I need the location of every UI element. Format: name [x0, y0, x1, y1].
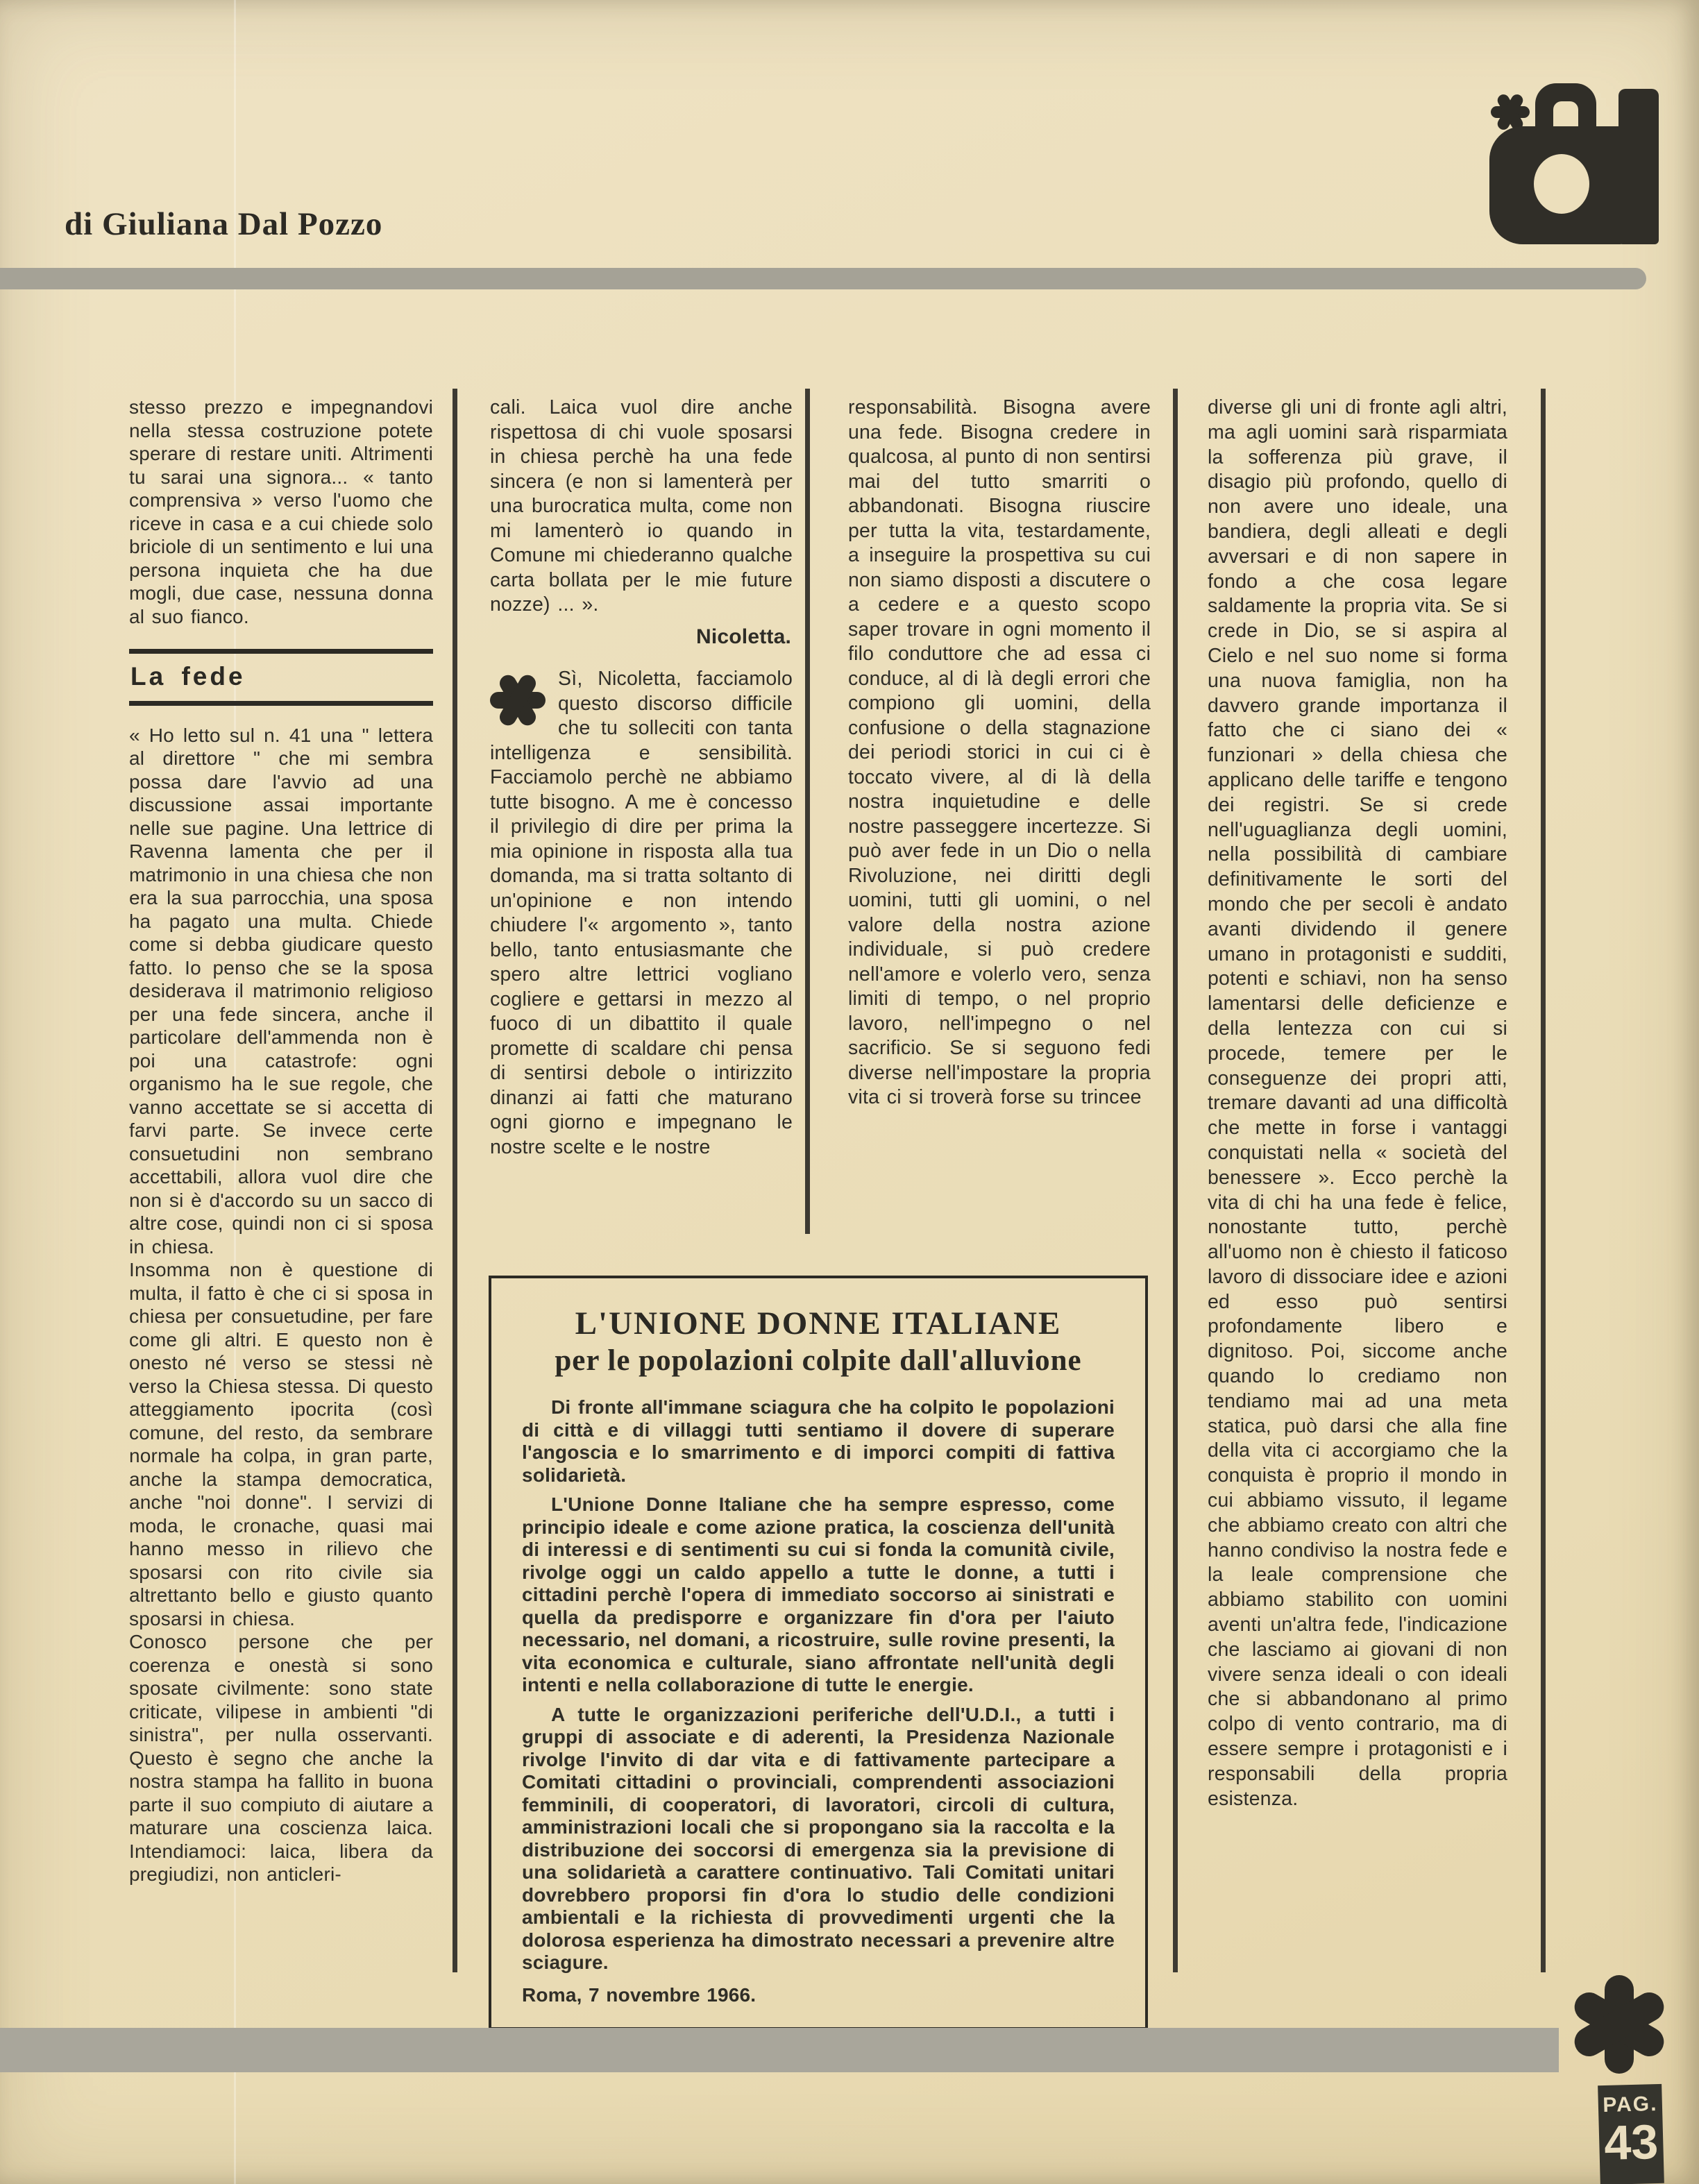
udi-appeal-box: L'UNIONE DONNE ITALIANE per le popolazio…	[489, 1276, 1148, 2038]
section-heading-la-fede: La fede	[129, 649, 433, 706]
byline: di Giuliana Dal Pozzo	[65, 205, 382, 243]
box-paragraph: L'Unione Donne Italiane che ha sempre es…	[522, 1493, 1115, 1697]
paragraph: « Ho letto sul n. 41 una " lettera al di…	[129, 724, 433, 1259]
paragraph-with-dropcap: Sì, Nicoletta, facciamolo questo discors…	[490, 667, 793, 1160]
column-2: cali. Laica vuol dire anche rispettosa d…	[490, 396, 793, 1280]
column-rule-2	[805, 389, 810, 1234]
box-title: L'UNIONE DONNE ITALIANE	[522, 1305, 1115, 1342]
column-rule-1	[453, 389, 457, 1972]
paragraph: responsabilità. Bisogna avere una fede. …	[848, 396, 1151, 1110]
paragraph: cali. Laica vuol dire anche rispettosa d…	[490, 396, 793, 618]
box-paragraph: Di fronte all'immane sciagura che ha col…	[522, 1396, 1115, 1487]
magazine-page: di Giuliana Dal Pozzo stesso prezzo e im…	[0, 0, 1699, 2184]
column-4: diverse gli uni di fronte agli altri, ma…	[1208, 396, 1507, 1965]
paragraph: Conosco persone che per coerenza e onest…	[129, 1630, 433, 1886]
asterisk-dropcap-icon	[490, 672, 546, 728]
paragraph-text: Sì, Nicoletta, facciamolo questo discors…	[490, 668, 793, 1158]
box-subtitle: per le popolazioni colpite dall'alluvion…	[522, 1344, 1115, 1378]
page-label: PAG.	[1598, 2092, 1662, 2117]
logo-letter-n	[1535, 83, 1596, 126]
paragraph: stesso prezzo e impegnandovi nella stess…	[129, 396, 433, 628]
flower-asterisk-icon	[1570, 1975, 1668, 2074]
signature-nicoletta: Nicoletta.	[490, 625, 791, 650]
page-number-badge: PAG. 43	[1598, 2084, 1664, 2184]
paragraph: diverse gli uni di fronte agli altri, ma…	[1208, 396, 1507, 1811]
logo-letter-d-counter	[1534, 154, 1589, 214]
column-1: stesso prezzo e impegnandovi nella stess…	[129, 396, 433, 1965]
box-paragraph: A tutte le organizzazioni periferiche de…	[522, 1704, 1115, 1974]
bottom-divider-bar	[0, 2028, 1559, 2072]
column-rule-3	[1173, 389, 1178, 1972]
top-divider-bar	[0, 268, 1646, 289]
box-date: Roma, 7 novembre 1966.	[522, 1984, 1115, 2007]
column-rule-4	[1541, 389, 1546, 1972]
page-number: 43	[1598, 2117, 1664, 2167]
paragraph: Insomma non è questione di multa, il fat…	[129, 1258, 433, 1630]
nd-logo	[1487, 82, 1662, 248]
column-3: responsabilità. Bisogna avere una fede. …	[848, 396, 1151, 1280]
